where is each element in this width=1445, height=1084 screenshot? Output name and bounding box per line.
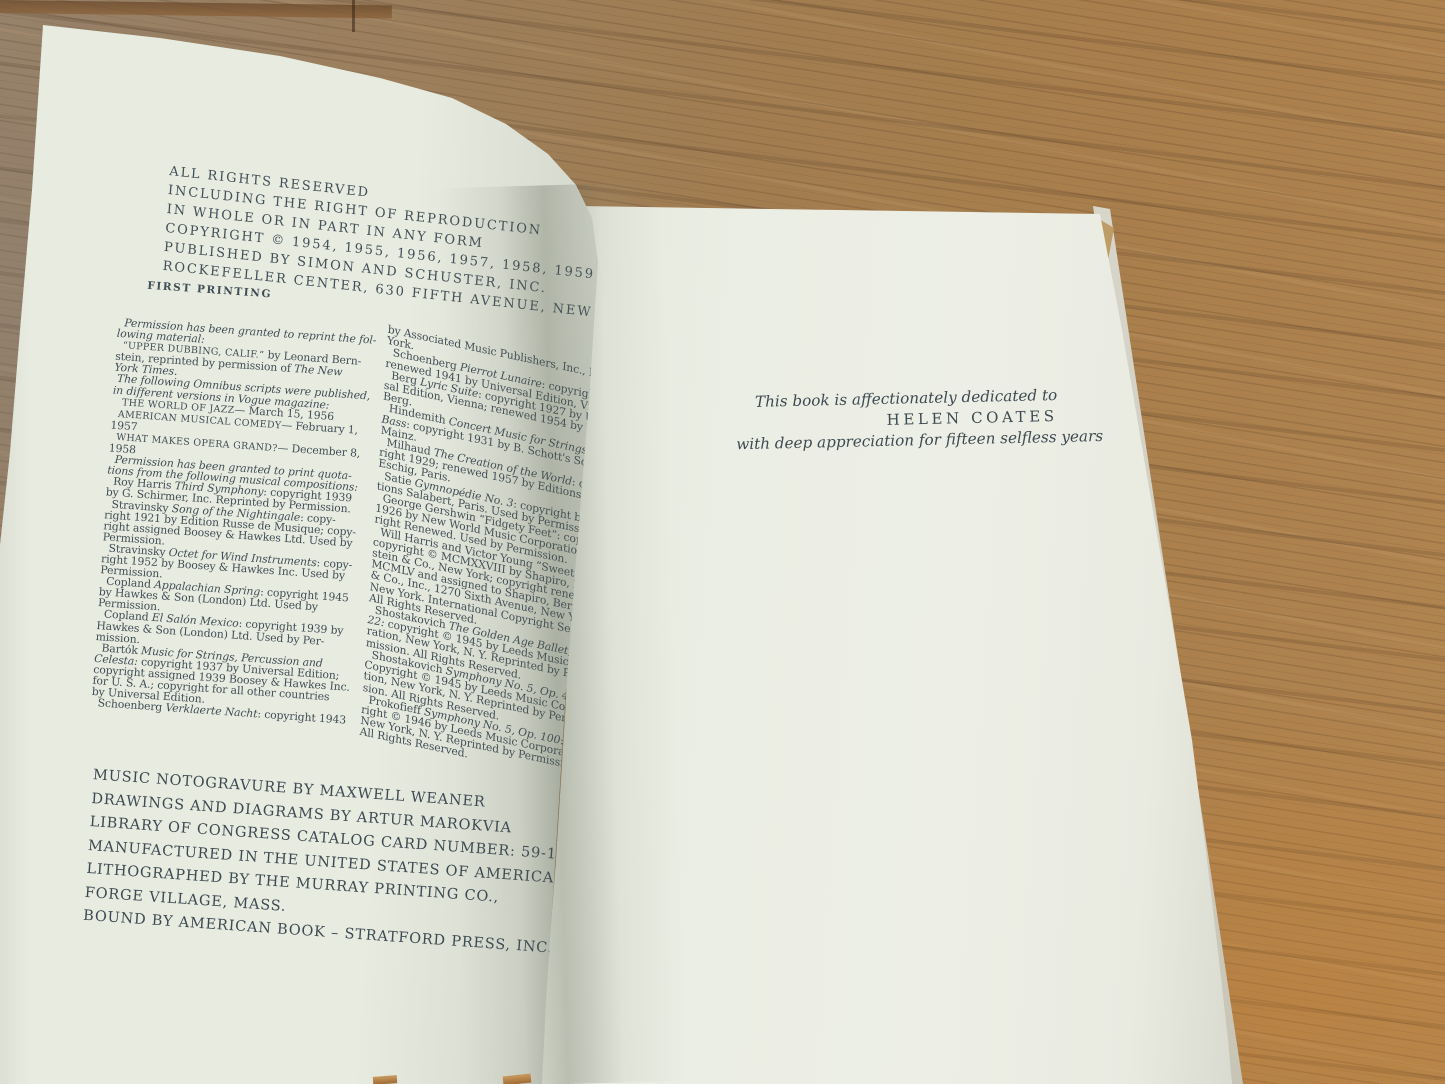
wood-plank-joint: [352, 0, 355, 32]
book-photo: { "left_page": { "copyright_block": { "l…: [0, 0, 1445, 1084]
jacket-sliver-right: [503, 1074, 532, 1084]
dedication-block: This book is affectionately dedicated to…: [735, 385, 1058, 454]
gutter-shadow: [437, 182, 687, 1084]
permissions-column-left: Permission has been granted to reprint t…: [91, 317, 377, 726]
jacket-sliver-left: [373, 1075, 397, 1084]
